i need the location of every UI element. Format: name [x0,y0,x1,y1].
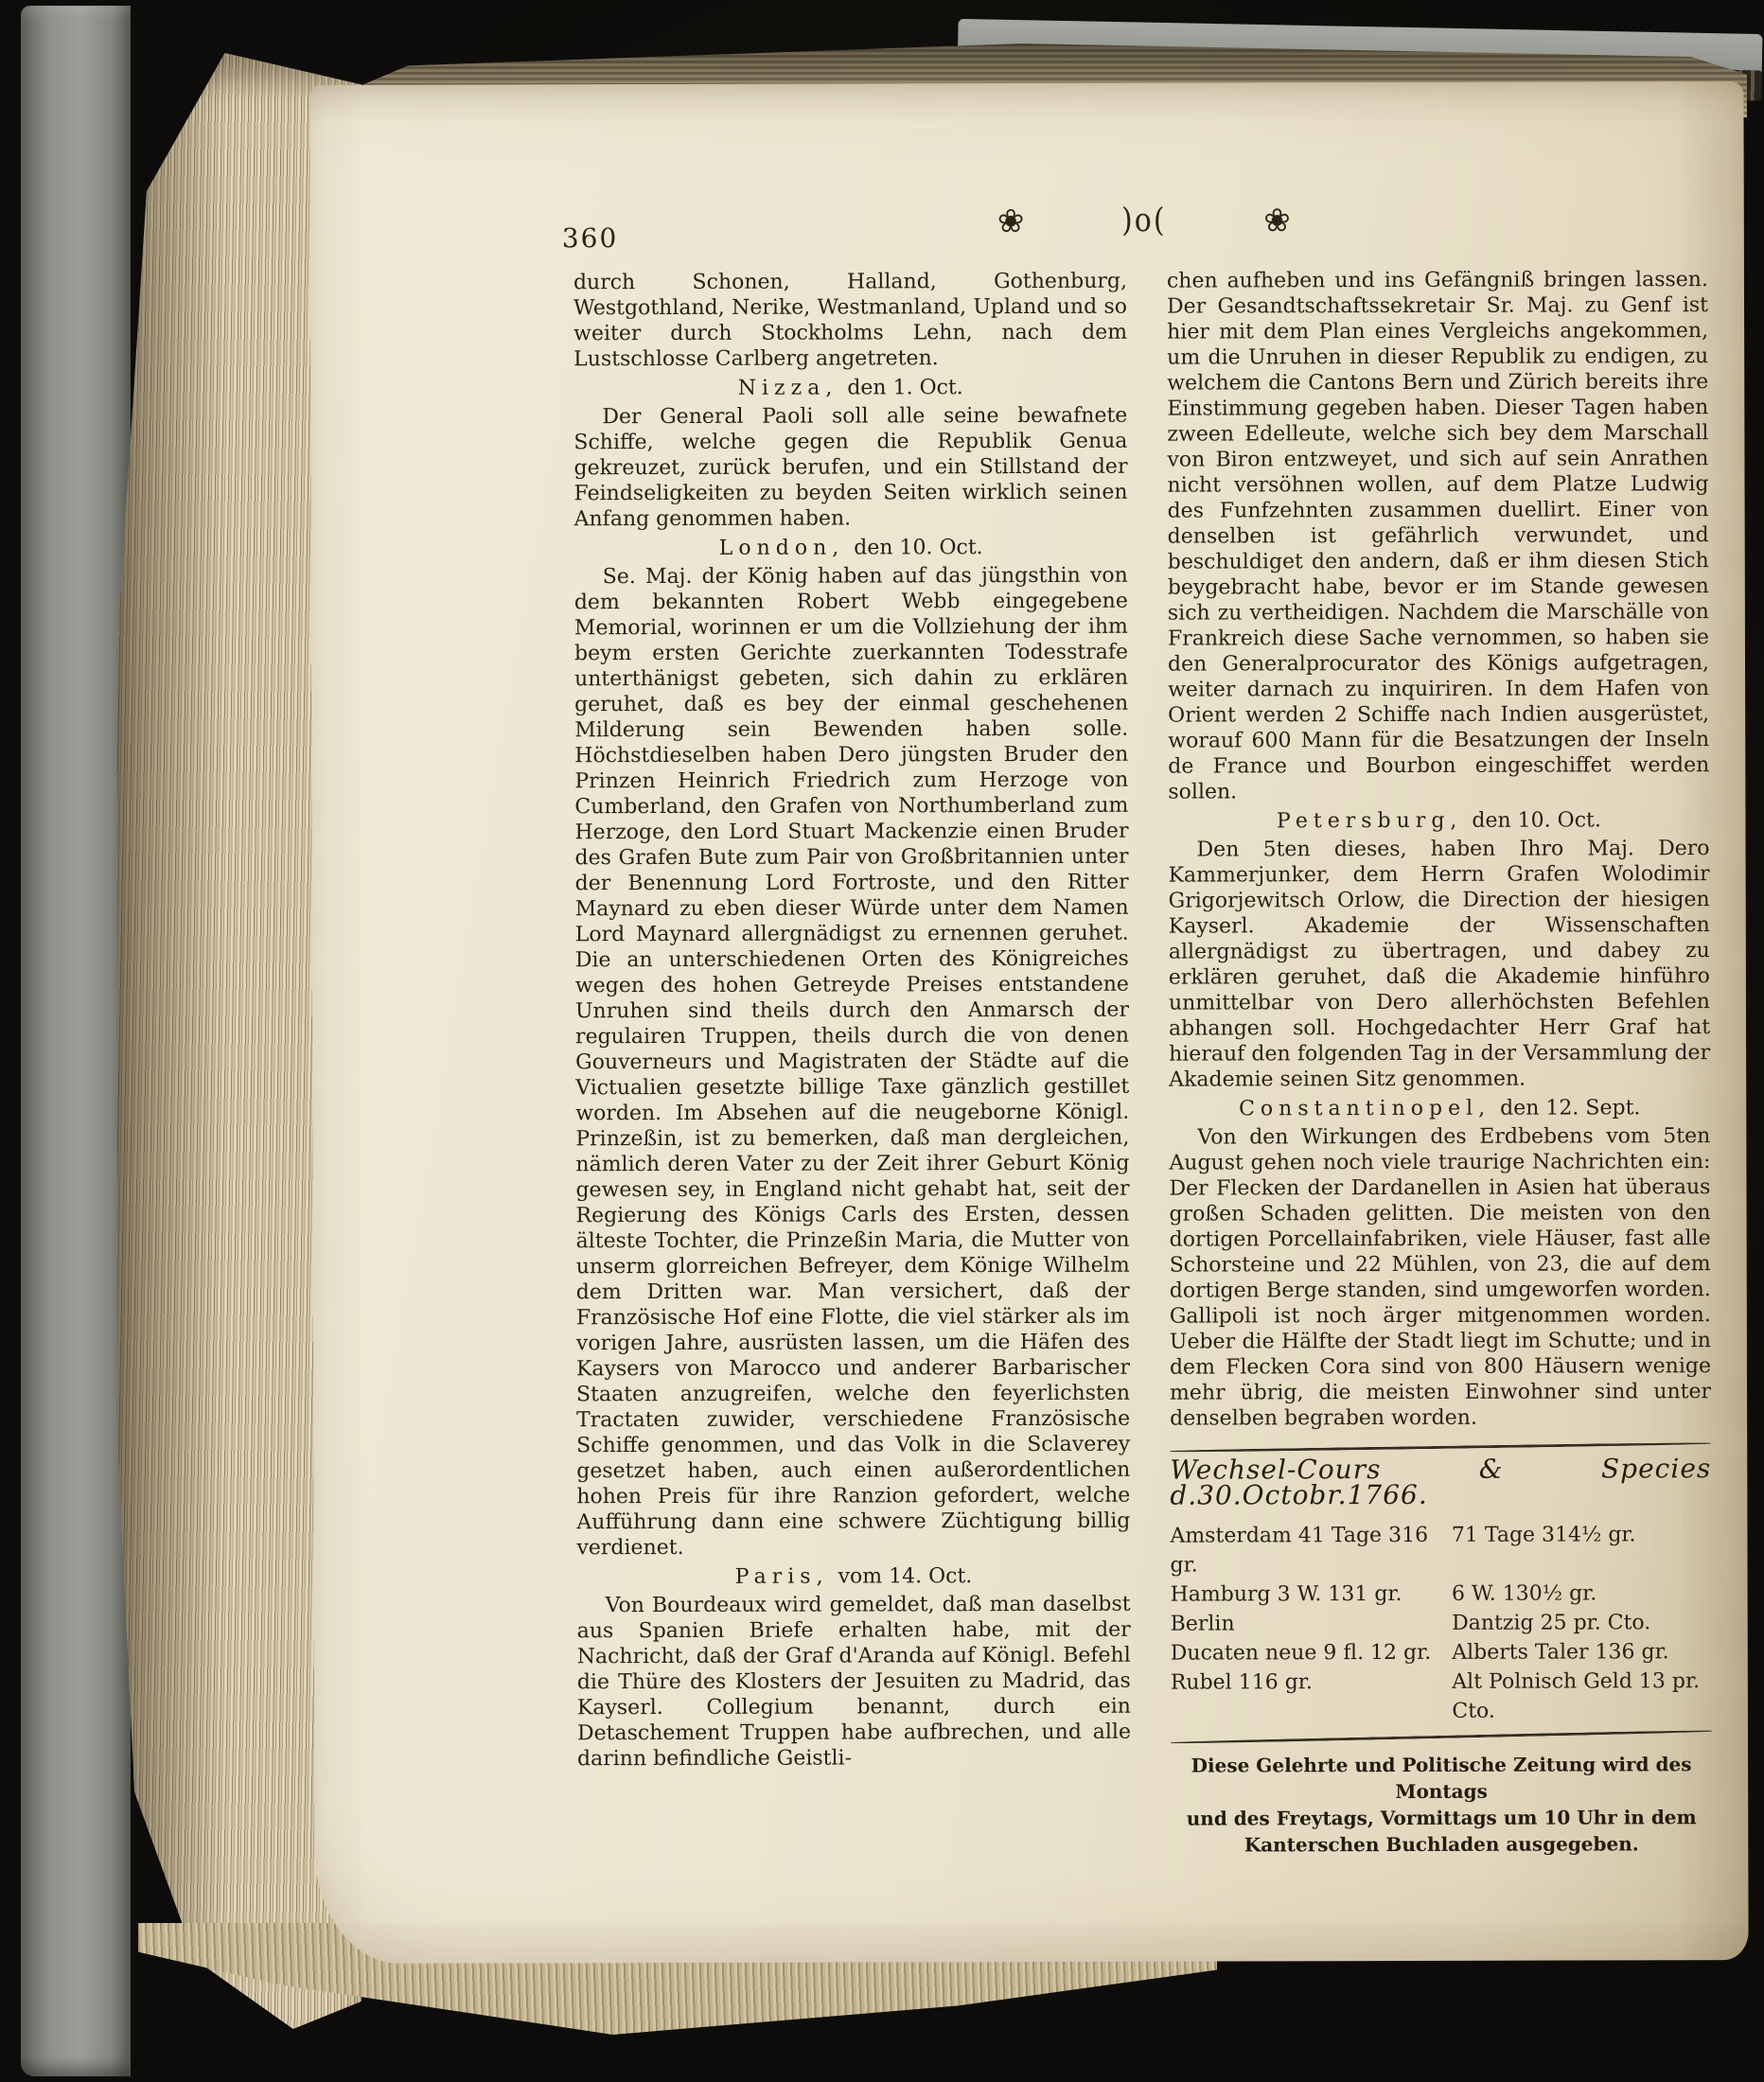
dateline-date: den 10. Oct. [1472,808,1601,832]
dateline-place: London, [719,537,845,560]
exchange-rates-heading: Wechsel-Cours & Species d.30.Octobr.1766… [1170,1456,1711,1508]
exchange-cell: Dantzig 25 pr. Cto. [1452,1608,1712,1638]
dateline-place: Petersburg, [1277,809,1462,834]
header-ornaments: ❀ )o( ❀ [997,203,1291,238]
dateline-date: den 12. Sept. [1500,1096,1640,1120]
book-cover-board [21,6,131,2076]
exchange-cell: Hamburg 3 W. 131 gr. [1171,1579,1453,1610]
page-number: 360 [562,222,619,254]
publication-imprint: Diese Gelehrte und Politische Zeitung wi… [1180,1751,1702,1858]
dateline-date: vom 14. Oct. [838,1564,973,1588]
news-paragraph-nizza: Der General Paoli soll alle seine bewafn… [573,403,1127,533]
news-paragraph-constantinopel: Von den Wirkungen des Erdbebens vom 5ten… [1169,1123,1711,1431]
exchange-cell: Amsterdam 41 Tage 316 gr. [1170,1521,1452,1580]
exchange-cell: 71 Tage 314½ gr. [1452,1520,1712,1579]
exchange-row: Hamburg 3 W. 131 gr. 6 W. 130½ gr. [1171,1579,1712,1609]
exchange-cell: Berlin [1171,1609,1453,1639]
shell-ornament-icon: ❀ [997,205,1025,238]
right-column: chen aufheben und ins Gefängniß bringen … [1167,267,1712,1858]
news-paragraph-petersburg: Den 5ten dieses, haben Ihro Maj. Dero Ka… [1168,836,1710,1092]
dateline-place: Paris, [735,1565,829,1589]
exchange-row: Rubel 116 gr. Alt Polnisch Geld 13 pr. C… [1171,1667,1712,1726]
book-page: 360 ❀ )o( ❀ durch Schonen, Halland, Goth… [309,81,1748,1964]
exchange-row: Amsterdam 41 Tage 316 gr. 71 Tage 314½ g… [1170,1520,1711,1579]
exchange-row: Ducaten neue 9 fl. 12 gr. Alberts Taler … [1171,1637,1712,1667]
dateline-nizza: Nizza,den 1. Oct. [573,375,1127,402]
exchange-cell: Alt Polnisch Geld 13 pr. Cto. [1452,1667,1712,1726]
article-continuation-paragraph: chen aufheben und ins Gefängniß bringen … [1167,267,1709,804]
dateline-date: den 10. Oct. [854,536,983,559]
column-divider-mark: )o( [1121,202,1167,239]
dateline-petersburg: Petersburg,den 10. Oct. [1168,807,1709,834]
dateline-london: London,den 10. Oct. [574,535,1128,562]
exchange-cell: 6 W. 130½ gr. [1452,1579,1712,1609]
dateline-constantinopel: Constantinopel,den 12. Sept. [1169,1095,1710,1121]
dateline-place: Constantinopel, [1239,1097,1491,1121]
exchange-cell: Ducaten neue 9 fl. 12 gr. [1171,1638,1453,1668]
divider-rule [1170,1442,1711,1453]
news-paragraph-london: Se. Maj. der König haben auf das jüngsth… [574,563,1131,1561]
news-paragraph-paris: Von Bourdeaux wird gemeldet, daß man das… [577,1592,1131,1773]
book-photograph: 360 ❀ )o( ❀ durch Schonen, Halland, Goth… [0,0,1764,2082]
left-column: durch Schonen, Halland, Gothenburg, West… [573,269,1131,1773]
shell-ornament-icon: ❀ [1263,204,1291,237]
dateline-paris: Paris,vom 14. Oct. [576,1563,1130,1591]
exchange-row: Berlin Dantzig 25 pr. Cto. [1171,1608,1712,1638]
dateline-place: Nizza, [738,377,838,400]
exchange-cell: Rubel 116 gr. [1171,1667,1453,1727]
exchange-cell: Alberts Taler 136 gr. [1452,1637,1712,1667]
article-continuation-paragraph: durch Schonen, Halland, Gothenburg, West… [573,269,1127,373]
divider-rule [1171,1730,1712,1744]
dateline-date: den 1. Oct. [847,376,963,399]
